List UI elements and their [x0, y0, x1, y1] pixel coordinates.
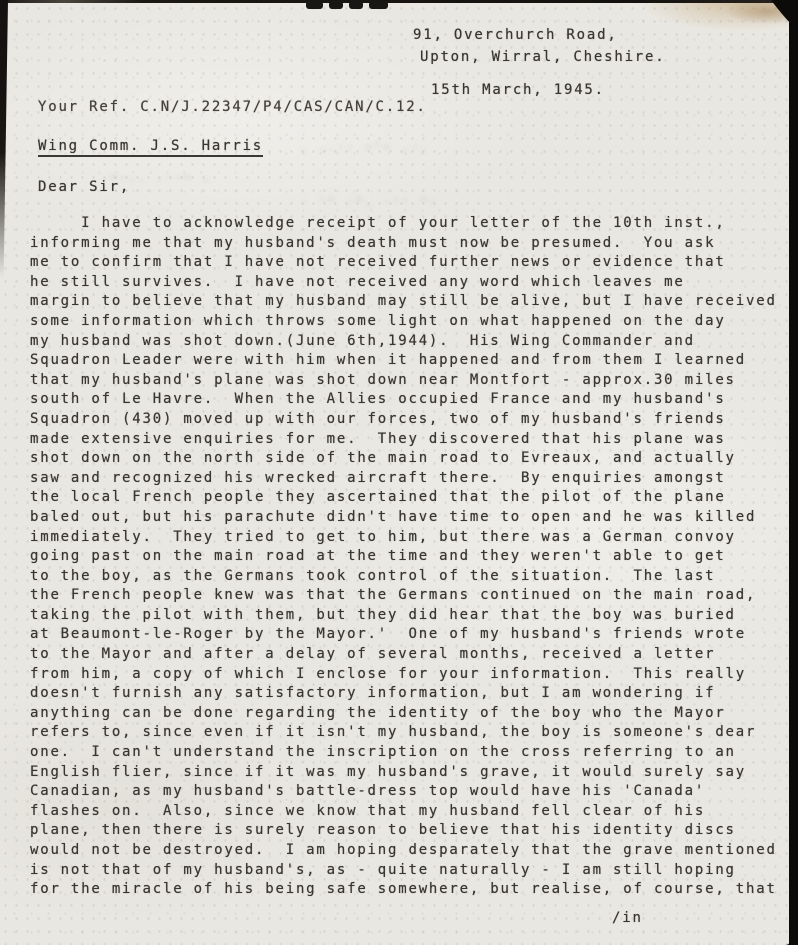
sender-address: 91, Overchurch Road,Upton, Wirral, Chesh…: [413, 24, 666, 68]
body-line: taking the pilot with them, but they did…: [30, 606, 790, 626]
body-line: some information which throws some light…: [30, 312, 790, 332]
body-line: one. I can't understand the inscription …: [30, 743, 790, 763]
body-line: going past on the main road at the time …: [30, 547, 790, 567]
body-line: made extensive enquiries for me. They di…: [30, 430, 790, 450]
body-line: plane, then there is surely reason to be…: [30, 821, 790, 841]
salutation: Dear Sir,: [38, 179, 130, 195]
body-line: anything can be done regarding the ident…: [30, 704, 790, 724]
body-line: he still survives. I have not received a…: [30, 273, 790, 293]
body-line: flashes on. Also, since we know that my …: [30, 802, 790, 822]
body-line: south of Le Havre. When the Allies occup…: [30, 390, 790, 410]
body-line: doesn't furnish any satisfactory informa…: [30, 684, 790, 704]
body-line: from him, a copy of which I enclose for …: [30, 665, 790, 685]
body-line: English flier, since if it was my husban…: [30, 763, 790, 783]
body-line: baled out, but his parachute didn't have…: [30, 508, 790, 528]
body-line: would not be destroyed. I am hoping desp…: [30, 841, 790, 861]
ink-smudge: . -~ .~_ .-- ~.: [300, 192, 438, 206]
body-line: the local French people they ascertained…: [30, 488, 790, 508]
reference-line: Your Ref. C.N/J.22347/P4/CAS/CAN/C.12.: [38, 99, 427, 115]
recipient-line: Wing Comm. J.S. Harris: [38, 138, 263, 157]
body-line: to the boy, as the Germans took control …: [30, 567, 790, 587]
scanned-letter-page: { "letter": { "sender_address": [ "91, O…: [0, 0, 798, 945]
body-line: for the miracle of his being safe somewh…: [30, 880, 790, 900]
body-line: shot down on the north side of the main …: [30, 449, 790, 469]
sender-address-line: Upton, Wirral, Cheshire.: [413, 46, 666, 68]
body-line: is not that of my husband's, as - quite …: [30, 861, 790, 881]
scan-edge-right: [789, 0, 798, 945]
body-line: the French people knew was that the Germ…: [30, 586, 790, 606]
body-line: my husband was shot down.(June 6th,1944)…: [30, 332, 790, 352]
ink-smudge: . ..-- ~'~ .-.: [300, 140, 429, 154]
scan-edge-top: [0, 0, 798, 3]
letter-body: I have to acknowledge receipt of your le…: [30, 214, 790, 900]
body-line: to the Mayor and after a delay of severa…: [30, 645, 790, 665]
body-line: informing me that my husband's death mus…: [30, 234, 790, 254]
date-line: 15th March, 1945.: [431, 82, 605, 98]
body-line: that my husband's plane was shot down ne…: [30, 371, 790, 391]
body-line: refers to, since even if it isn't my hus…: [30, 723, 790, 743]
body-line: me to confirm that I have not received f…: [30, 253, 790, 273]
letter-paper: . ..-- ~'~ .-. ~-.. .--~ . . -~ .~_ .-- …: [0, 2, 791, 945]
body-line: Squadron Leader were with him when it ha…: [30, 351, 790, 371]
body-line: saw and recognized his wrecked aircraft …: [30, 469, 790, 489]
body-line: Canadian, as my husband's battle-dress t…: [30, 782, 790, 802]
body-line: at Beaumont-le-Roger by the Mayor.' One …: [30, 625, 790, 645]
cut-off-text-dashes: [306, 1, 388, 10]
body-line: Squadron (430) moved up with our forces,…: [30, 410, 790, 430]
body-line: margin to believe that my husband may st…: [30, 292, 790, 312]
body-line: immediately. They tried to get to him, b…: [30, 528, 790, 548]
body-line: I have to acknowledge receipt of your le…: [30, 214, 790, 234]
sender-address-line: 91, Overchurch Road,: [413, 24, 666, 46]
continuation-mark: /in: [612, 910, 643, 926]
